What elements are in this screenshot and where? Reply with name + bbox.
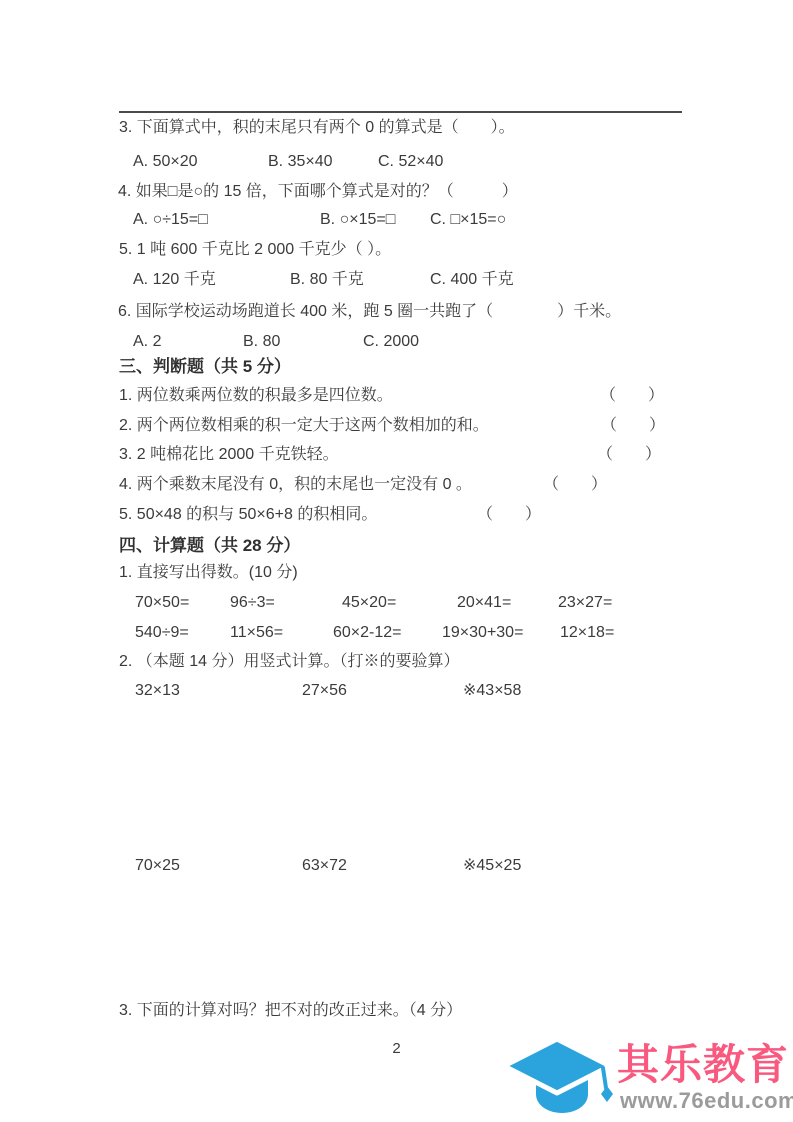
q6-option-b: B. 80 bbox=[243, 331, 280, 353]
oral-calc-item: 12×18= bbox=[560, 622, 614, 644]
question-3-stem: 3. 下面算式中，积的末尾只有两个 0 的算式是（ ）。 bbox=[119, 117, 515, 139]
graduation-cap-icon bbox=[502, 1036, 614, 1114]
q4-option-b: B. ○×15=□ bbox=[320, 209, 395, 231]
q4-option-c: C. □×15=○ bbox=[430, 209, 506, 231]
judge-item-3-answer-blank: （ ） bbox=[597, 444, 661, 466]
oral-calc-item: 19×30+30= bbox=[442, 622, 523, 644]
vertical-calc-item: 63×72 bbox=[302, 855, 347, 877]
oral-calc-item: 11×56= bbox=[230, 622, 283, 644]
q3-option-a: A. 50×20 bbox=[133, 151, 198, 173]
vertical-calc-item: 70×25 bbox=[135, 855, 180, 877]
cap-board-shape bbox=[504, 1039, 610, 1093]
question-5-options: A. 120 千克 B. 80 千克 C. 400 千克 bbox=[0, 269, 793, 291]
question-3-options: A. 50×20 B. 35×40 C. 52×40 bbox=[0, 151, 793, 173]
oral-calc-item: 96÷3= bbox=[230, 592, 275, 614]
judge-item-5-answer-blank: （ ） bbox=[477, 504, 541, 526]
judge-item-5-text: 5. 50×48 的积与 50×6+8 的积相同。 bbox=[119, 504, 377, 526]
judgment-section-title: 三、判断题（共 5 分） bbox=[119, 355, 291, 378]
cap-tassel-bead bbox=[601, 1086, 613, 1102]
oral-calc-item: 60×2-12= bbox=[333, 622, 402, 644]
q6-option-a: A. 2 bbox=[133, 331, 161, 353]
vertical-calc-stem: 2. （本题 14 分）用竖式计算。（打※的要验算） bbox=[119, 651, 459, 673]
q4-option-a: A. ○÷15=□ bbox=[133, 209, 208, 231]
judge-item-4-text: 4. 两个乘数末尾没有 0，积的末尾也一定没有 0 。 bbox=[119, 474, 472, 496]
question-4-options: A. ○÷15=□ B. ○×15=□ C. □×15=○ bbox=[0, 209, 793, 231]
judge-item-3-text: 3. 2 吨棉花比 2000 千克铁轻。 bbox=[119, 444, 339, 466]
q5-option-b: B. 80 千克 bbox=[290, 269, 364, 291]
question-6-stem: 6. 国际学校运动场跑道长 400 米，跑 5 圈一共跑了（ ）千米。 bbox=[118, 301, 621, 323]
calculation-section-title: 四、计算题（共 28 分） bbox=[119, 534, 300, 557]
oral-calc-row-2: 540÷9= 11×56= 60×2-12= 19×30+30= 12×18= bbox=[0, 622, 793, 644]
question-4-stem: 4. 如果□是○的 15 倍，下面哪个算式是对的？（ ） bbox=[118, 181, 518, 203]
q3-option-b: B. 35×40 bbox=[268, 151, 333, 173]
oral-calc-item: 540÷9= bbox=[135, 622, 189, 644]
judge-item-1-text: 1. 两位数乘两位数的积最多是四位数。 bbox=[119, 385, 393, 407]
oral-calc-stem: 1. 直接写出得数。(10 分) bbox=[119, 562, 298, 584]
judge-item-1-answer-blank: （ ） bbox=[600, 385, 664, 407]
vertical-calc-item: ※45×25 bbox=[463, 855, 521, 877]
vertical-calc-row-2: 70×25 63×72 ※45×25 bbox=[0, 855, 793, 877]
q5-option-c: C. 400 千克 bbox=[430, 269, 514, 291]
vertical-calc-item: 27×56 bbox=[302, 680, 347, 702]
vertical-calc-row-1: 32×13 27×56 ※43×58 bbox=[0, 680, 793, 702]
exam-paper-page: 3. 下面算式中，积的末尾只有两个 0 的算式是（ ）。 A. 50×20 B.… bbox=[0, 0, 793, 1122]
oral-calc-item: 23×27= bbox=[558, 592, 612, 614]
oral-calc-row-1: 70×50= 96÷3= 45×20= 20×41= 23×27= bbox=[0, 592, 793, 614]
vertical-calc-item: 32×13 bbox=[135, 680, 180, 702]
q5-option-a: A. 120 千克 bbox=[133, 269, 216, 291]
judge-item-2-answer-blank: （ ） bbox=[601, 415, 665, 437]
question-6-options: A. 2 B. 80 C. 2000 bbox=[0, 331, 793, 353]
q6-option-c: C. 2000 bbox=[363, 331, 419, 353]
judge-item-4-answer-blank: （ ） bbox=[543, 474, 607, 496]
oral-calc-item: 70×50= bbox=[135, 592, 189, 614]
q3-option-c: C. 52×40 bbox=[378, 151, 443, 173]
question-5-stem: 5. 1 吨 600 千克比 2 000 千克少（ ）。 bbox=[119, 239, 391, 261]
top-divider-line bbox=[119, 111, 682, 113]
brand-name: 其乐教育 bbox=[617, 1042, 789, 1088]
vertical-calc-item: ※43×58 bbox=[463, 680, 521, 702]
brand-website: www.76edu.com bbox=[620, 1089, 793, 1113]
oral-calc-item: 20×41= bbox=[457, 592, 511, 614]
correction-stem: 3. 下面的计算对吗？把不对的改正过来。（4 分） bbox=[119, 1000, 462, 1022]
judge-item-2-text: 2. 两个两位数相乘的积一定大于这两个数相加的和。 bbox=[119, 415, 489, 437]
oral-calc-item: 45×20= bbox=[342, 592, 396, 614]
